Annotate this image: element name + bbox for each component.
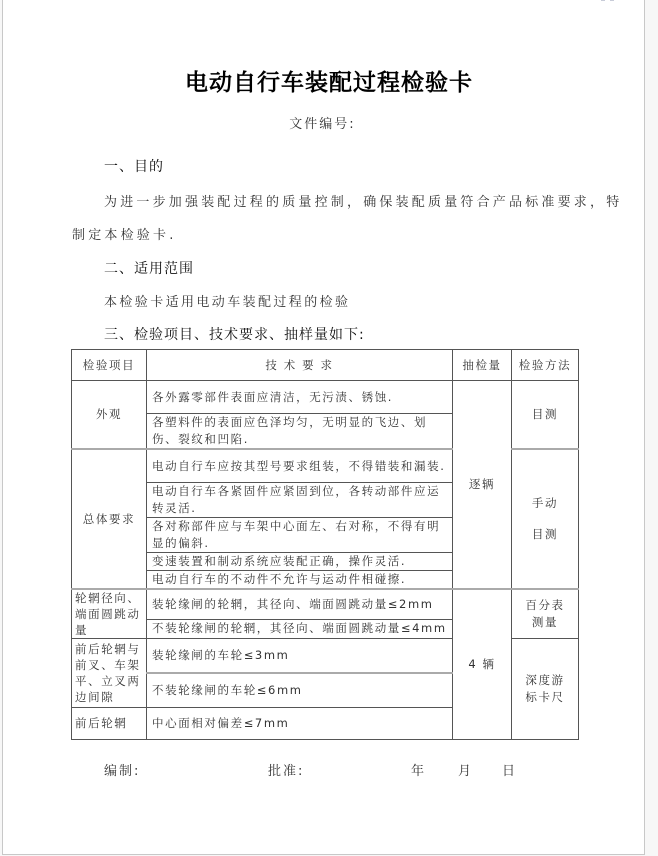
scope-paragraph: 本检验卡适用电动车装配过程的检验 [104,291,350,310]
table-header-row: 检验项目 技 术 要 求 抽检量 检验方法 [72,350,579,381]
method-cell: 百分表测量 [512,589,579,639]
method-line: 手动 [517,495,573,512]
header-sampling: 抽检量 [453,350,512,381]
section-heading-scope: 二、适用范围 [104,258,194,278]
page-corner-mark [610,0,614,1]
item-cell: 前后轮辋与前叉、车架平、立叉两边间隙 [72,639,147,708]
document-title: 电动自行车装配过程检验卡 [0,64,658,97]
requirement-cell: 各对称部件应与车架中心面左、右对称，不得有明显的偏斜. [147,518,453,553]
item-cell: 外观 [72,381,147,450]
section-heading-purpose: 一、目的 [104,156,164,176]
requirement-cell: 各外露零部件表面应清洁，无污渍、锈蚀. [147,381,453,414]
requirement-cell: 电动自行车应按其型号要求组装，不得错装和漏装. [147,449,453,483]
item-cell: 前后轮辋 [72,708,147,740]
year-label: 年 [411,760,426,779]
sampling-cell: 逐辆 [453,381,512,590]
requirement-cell: 不装轮缘闸的轮辋，其径向、端面圆跳动量≤4mm [147,619,453,638]
inspection-table: 检验项目 技 术 要 求 抽检量 检验方法 外观 各外露零部件表面应清洁，无污渍… [71,349,579,740]
requirement-cell: 装轮缘闸的车轮≤3mm [147,639,453,674]
method-line: 目测 [517,526,573,543]
section-heading-inspection: 三、检验项目、技术要求、抽样量如下: [104,324,365,344]
purpose-paragraph-line1: 为进一步加强装配过程的质量控制，确保装配质量符合产品标准要求，特 [104,191,622,210]
approved-by-label: 批准: [268,760,304,779]
requirement-cell: 电动自行车的不动件不允许与运动件相碰擦. [147,571,453,590]
requirement-cell: 各塑料件的表面应色泽均匀，无明显的飞边、划伤、裂纹和凹陷. [147,414,453,450]
compiled-by-label: 编制: [104,760,140,779]
method-cell: 目测 [512,381,579,450]
requirement-cell: 中心面相对偏差≤7mm [147,708,453,740]
table-row: 轮辋径向、端面圆跳动量 装轮缘闸的轮辋，其径向、端面圆跳动量≤2mm 4 辆 百… [72,589,579,619]
header-item: 检验项目 [72,350,147,381]
item-cell: 轮辋径向、端面圆跳动量 [72,589,147,639]
page-corner-mark [601,0,605,1]
requirement-cell: 装轮缘闸的轮辋，其径向、端面圆跳动量≤2mm [147,589,453,619]
doc-number-label: 文件编号: [0,113,645,132]
requirement-cell: 变速装置和制动系统应装配正确，操作灵活. [147,553,453,571]
table-row: 外观 各外露零部件表面应清洁，无污渍、锈蚀. 逐辆 目测 [72,381,579,414]
purpose-paragraph-line2: 制定本检验卡. [72,224,177,243]
method-cell: 手动 目测 [512,449,579,589]
method-cell: 深度游标卡尺 [512,639,579,740]
header-method: 检验方法 [512,350,579,381]
requirement-cell: 电动自行车各紧固件应紧固到位，各转动部件应运转灵活. [147,483,453,518]
day-label: 日 [502,760,517,779]
sampling-cell: 4 辆 [453,589,512,740]
month-label: 月 [458,760,473,779]
requirement-cell: 不装轮缘闸的车轮≤6mm [147,673,453,708]
header-requirements: 技 术 要 求 [147,350,453,381]
item-cell: 总体要求 [72,449,147,589]
